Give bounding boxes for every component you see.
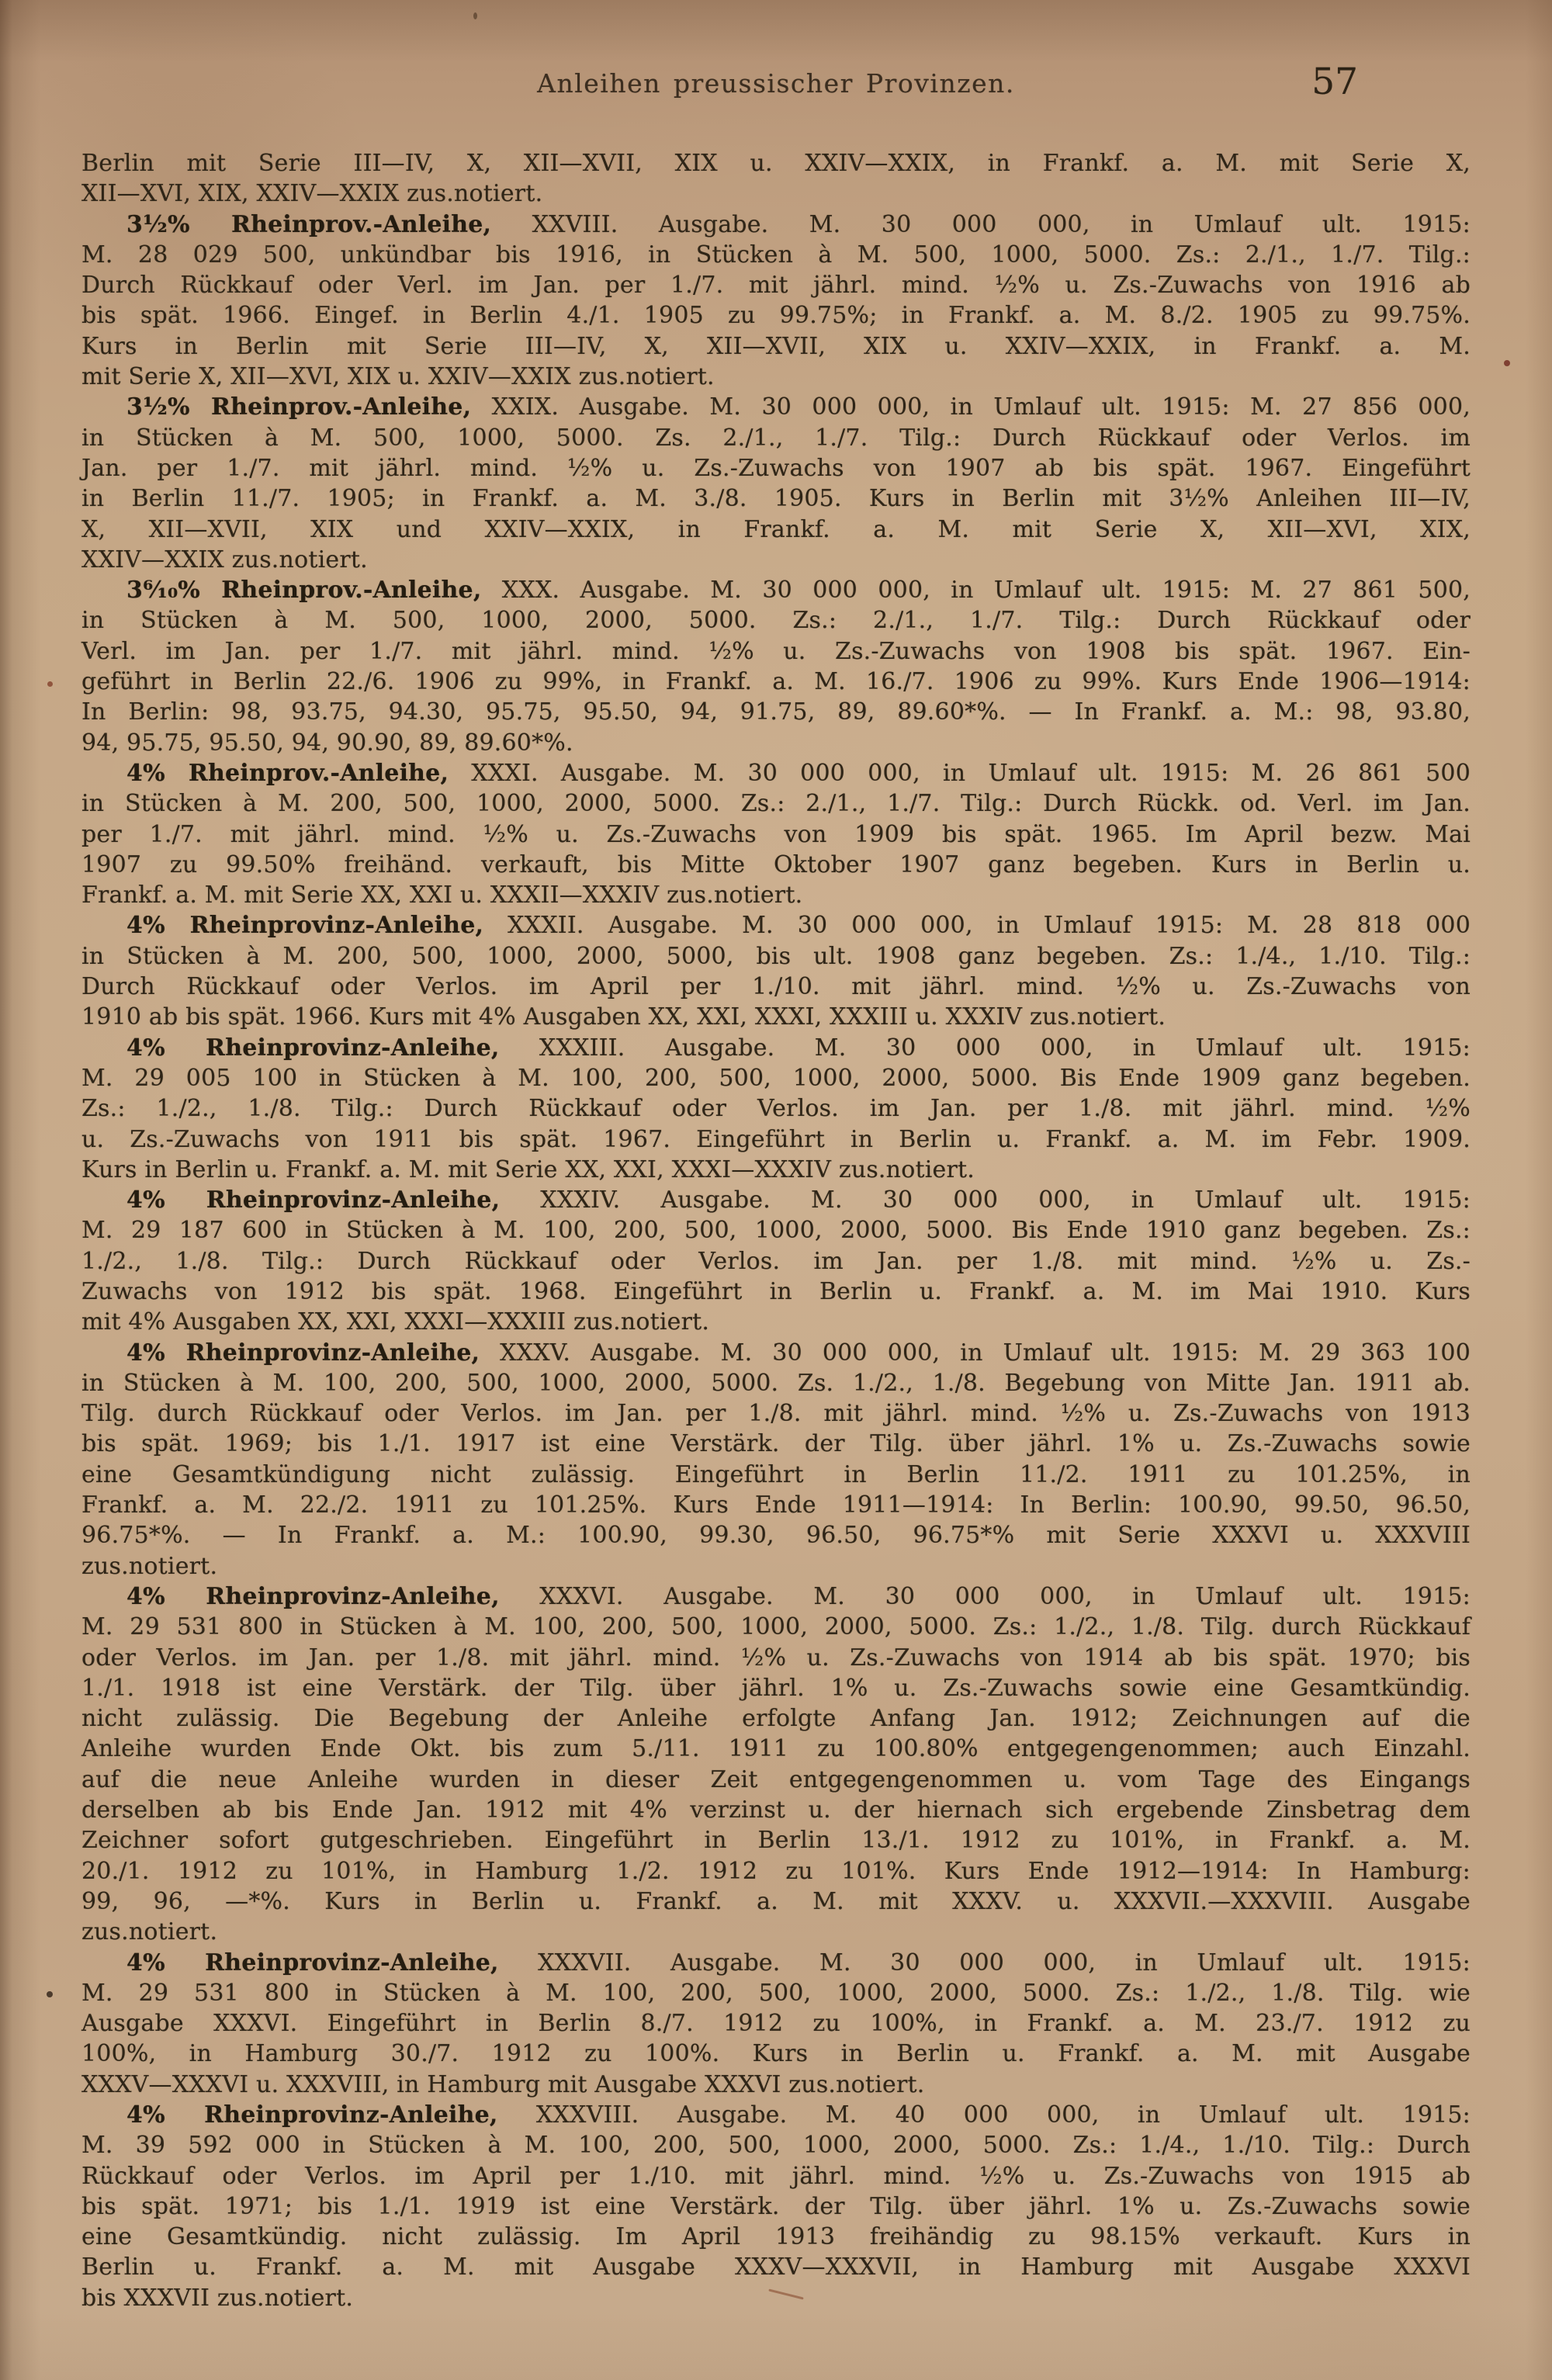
text-run: eine Gesamtkündig. nicht zulässig. Im Ap… bbox=[81, 2223, 1471, 2250]
text-run: XXXIV. Ausgabe. M. 30 000 000, in Umlauf… bbox=[500, 1187, 1471, 1214]
text-run: M. 28 029 500, unkündbar bis 1916, in St… bbox=[81, 241, 1471, 268]
text-line: 1./2., 1./8. Tilg.: Durch Rückkauf oder … bbox=[81, 1246, 1471, 1277]
text-run: oder Verlos. im Jan. per 1./8. mit jährl… bbox=[81, 1644, 1471, 1672]
text-line: X, XII—XVII, XIX und XXIV—XXIX, in Frank… bbox=[81, 514, 1471, 545]
bond-issue-heading: 4% Rheinprovinz-Anleihe, bbox=[126, 2101, 498, 2129]
paragraph-first-line: 4% Rheinprovinz-Anleihe, XXXVI. Ausgabe.… bbox=[81, 1581, 1471, 1612]
scanned-book-page: Anleihen preussischer Provinzen. 57 Berl… bbox=[0, 0, 1552, 2380]
text-run: XXXIII. Ausgabe. M. 30 000 000, in Umlau… bbox=[500, 1034, 1471, 1062]
text-line: Kurs in Berlin mit Serie III—IV, X, XII—… bbox=[81, 331, 1471, 362]
text-run: 99, 96, —*%. Kurs in Berlin u. Frankf. a… bbox=[81, 1888, 1471, 1915]
text-line: M. 29 531 800 in Stücken à M. 100, 200, … bbox=[81, 1612, 1471, 1642]
paragraph-first-line: 4% Rheinprovinz-Anleihe, XXXV. Ausgabe. … bbox=[81, 1338, 1471, 1368]
text-run: Berlin mit Serie III—IV, X, XII—XVII, XI… bbox=[81, 150, 1471, 177]
text-run: zus.notiert. bbox=[81, 1553, 217, 1580]
text-line: in Stücken à M. 100, 200, 500, 1000, 200… bbox=[81, 1368, 1471, 1398]
text-run: XXXV. Ausgabe. M. 30 000 000, in Umlauf … bbox=[480, 1339, 1471, 1367]
text-run: Zeichner sofort gutgeschrieben. Eingefüh… bbox=[81, 1827, 1471, 1854]
text-line: bis spät. 1971; bis 1./1. 1919 ist eine … bbox=[81, 2191, 1471, 2222]
text-run: in Stücken à M. 500, 1000, 2000, 5000. Z… bbox=[81, 607, 1471, 634]
text-line: XXXV—XXXVI u. XXXVIII, in Hamburg mit Au… bbox=[81, 2070, 1471, 2100]
text-line: Zeichner sofort gutgeschrieben. Eingefüh… bbox=[81, 1825, 1471, 1855]
text-line: 94, 95.75, 95.50, 94, 90.90, 89, 89.60*%… bbox=[81, 728, 1471, 758]
text-line: bis spät. 1966. Eingef. in Berlin 4./1. … bbox=[81, 300, 1471, 331]
text-run: M. 29 531 800 in Stücken à M. 100, 200, … bbox=[81, 1613, 1471, 1640]
text-run: bis spät. 1966. Eingef. in Berlin 4./1. … bbox=[81, 302, 1471, 329]
text-run: bis XXXVII zus.notiert. bbox=[81, 2285, 353, 2312]
text-line: in Stücken à M. 500, 1000, 5000. Zs. 2./… bbox=[81, 423, 1471, 453]
text-run: Kurs in Berlin u. Frankf. a. M. mit Seri… bbox=[81, 1156, 975, 1183]
bond-issue-heading: 4% Rheinprovinz-Anleihe, bbox=[126, 912, 483, 939]
text-run: XXIX. Ausgabe. M. 30 000 000, in Umlauf … bbox=[471, 393, 1471, 421]
text-line: Rückkauf oder Verlos. im April per 1./10… bbox=[81, 2161, 1471, 2191]
text-line: geführt in Berlin 22./6. 1906 zu 99%, in… bbox=[81, 667, 1471, 697]
text-run: in Stücken à M. 200, 500, 1000, 2000, 50… bbox=[81, 790, 1471, 817]
text-line: bis XXXVII zus.notiert. bbox=[81, 2283, 1471, 2313]
text-run: Tilg. durch Rückkauf oder Verlos. im Jan… bbox=[81, 1400, 1471, 1427]
text-line: Tilg. durch Rückkauf oder Verlos. im Jan… bbox=[81, 1398, 1471, 1429]
text-run: Zs.: 1./2., 1./8. Tilg.: Durch Rückkauf … bbox=[81, 1095, 1471, 1122]
text-run: nicht zulässig. Die Begebung der Anleihe… bbox=[81, 1705, 1471, 1732]
text-line: M. 29 005 100 in Stücken à M. 100, 200, … bbox=[81, 1063, 1471, 1093]
text-line: zus.notiert. bbox=[81, 1551, 1471, 1581]
text-line: eine Gesamtkündigung nicht zulässig. Ein… bbox=[81, 1460, 1471, 1490]
text-run: Durch Rückkauf oder Verlos. im April per… bbox=[81, 973, 1471, 1000]
text-line: Durch Rückkauf oder Verl. im Jan. per 1.… bbox=[81, 270, 1471, 300]
bond-issue-heading: 4% Rheinprovinz-Anleihe, bbox=[126, 1187, 500, 1214]
paragraph-first-line: 3¹⁄₂% Rheinprov.-Anleihe, XXVIII. Ausgab… bbox=[81, 210, 1471, 240]
text-line: M. 39 592 000 in Stücken à M. 100, 200, … bbox=[81, 2130, 1471, 2160]
paragraph-first-line: 4% Rheinprovinz-Anleihe, XXXII. Ausgabe.… bbox=[81, 910, 1471, 941]
text-line: in Stücken à M. 200, 500, 1000, 2000, 50… bbox=[81, 941, 1471, 972]
text-line: Kurs in Berlin u. Frankf. a. M. mit Seri… bbox=[81, 1155, 1471, 1185]
text-line: 1907 zu 99.50% freihänd. verkauft, bis M… bbox=[81, 850, 1471, 880]
text-line: auf die neue Anleihe wurden in dieser Ze… bbox=[81, 1765, 1471, 1795]
body-text-block: Berlin mit Serie III—IV, X, XII—XVII, XI… bbox=[81, 148, 1471, 2313]
text-run: XXXVII. Ausgabe. M. 30 000 000, in Umlau… bbox=[499, 1949, 1471, 1976]
text-line: Ausgabe XXXVI. Eingeführt in Berlin 8./7… bbox=[81, 2008, 1471, 2039]
text-run: XII—XVI, XIX, XXIV—XXIX zus.notiert. bbox=[81, 180, 542, 207]
text-run: eine Gesamtkündigung nicht zulässig. Ein… bbox=[81, 1461, 1471, 1488]
text-line: oder Verlos. im Jan. per 1./8. mit jährl… bbox=[81, 1643, 1471, 1673]
page-header: Anleihen preussischer Provinzen. 57 bbox=[81, 65, 1471, 120]
text-run: M. 29 187 600 in Stücken à M. 100, 200, … bbox=[81, 1217, 1471, 1244]
paragraph-first-line: 4% Rheinprovinz-Anleihe, XXXIV. Ausgabe.… bbox=[81, 1185, 1471, 1215]
text-line: bis spät. 1969; bis 1./1. 1917 ist eine … bbox=[81, 1429, 1471, 1459]
text-run: M. 29 005 100 in Stücken à M. 100, 200, … bbox=[81, 1065, 1471, 1092]
bond-issue-heading: 4% Rheinprovinz-Anleihe, bbox=[126, 1034, 500, 1062]
text-line: Zs.: 1./2., 1./8. Tilg.: Durch Rückkauf … bbox=[81, 1093, 1471, 1124]
paragraph-first-line: 3⁶⁄₁₀% Rheinprov.-Anleihe, XXX. Ausgabe.… bbox=[81, 575, 1471, 605]
text-run: XXVIII. Ausgabe. M. 30 000 000, in Umlau… bbox=[491, 211, 1471, 238]
foxing-speck bbox=[47, 1991, 53, 1997]
text-run: XXXII. Ausgabe. M. 30 000 000, in Umlauf… bbox=[483, 912, 1471, 939]
text-line: 1./1. 1918 ist eine Verstärk. der Tilg. … bbox=[81, 1673, 1471, 1703]
text-line: 99, 96, —*%. Kurs in Berlin u. Frankf. a… bbox=[81, 1886, 1471, 1917]
bond-issue-heading: 3¹⁄₂% Rheinprov.-Anleihe, bbox=[126, 393, 471, 421]
text-run: auf die neue Anleihe wurden in dieser Ze… bbox=[81, 1766, 1471, 1793]
text-run: Jan. per 1./7. mit jährl. mind. ¹⁄₂% u. … bbox=[81, 455, 1471, 482]
text-line: Frankf. a. M. 22./2. 1911 zu 101.25%. Ku… bbox=[81, 1490, 1471, 1520]
bond-issue-heading: 4% Rheinprovinz-Anleihe, bbox=[126, 1583, 500, 1610]
text-run: XXXVIII. Ausgabe. M. 40 000 000, in Umla… bbox=[498, 2101, 1471, 2129]
text-run: XXXI. Ausgabe. M. 30 000 000, in Umlauf … bbox=[449, 760, 1471, 787]
text-line: Zuwachs von 1912 bis spät. 1968. Eingefü… bbox=[81, 1277, 1471, 1307]
bond-issue-heading: 4% Rheinprovinz-Anleihe, bbox=[126, 1339, 480, 1367]
text-line: Durch Rückkauf oder Verlos. im April per… bbox=[81, 972, 1471, 1002]
text-line: 100%, in Hamburg 30./7. 1912 zu 100%. Ku… bbox=[81, 2039, 1471, 2069]
text-run: Durch Rückkauf oder Verl. im Jan. per 1.… bbox=[81, 272, 1471, 299]
text-line: in Berlin 11./7. 1905; in Frankf. a. M. … bbox=[81, 483, 1471, 514]
text-line: eine Gesamtkündig. nicht zulässig. Im Ap… bbox=[81, 2222, 1471, 2252]
text-line: in Stücken à M. 500, 1000, 2000, 5000. Z… bbox=[81, 605, 1471, 636]
text-run: Anleihe wurden Ende Okt. bis zum 5./11. … bbox=[81, 1735, 1471, 1762]
text-line: Jan. per 1./7. mit jährl. mind. ¹⁄₂% u. … bbox=[81, 453, 1471, 483]
paragraph-first-line: 4% Rheinprovinz-Anleihe, XXXIII. Ausgabe… bbox=[81, 1033, 1471, 1063]
paragraph-first-line: 4% Rheinprov.-Anleihe, XXXI. Ausgabe. M.… bbox=[81, 758, 1471, 788]
text-line: nicht zulässig. Die Begebung der Anleihe… bbox=[81, 1703, 1471, 1734]
text-line: XXIV—XXIX zus.notiert. bbox=[81, 545, 1471, 575]
text-run: geführt in Berlin 22./6. 1906 zu 99%, in… bbox=[81, 668, 1471, 695]
text-run: Frankf. a. M. 22./2. 1911 zu 101.25%. Ku… bbox=[81, 1491, 1471, 1519]
text-run: In Berlin: 98, 93.75, 94.30, 95.75, 95.5… bbox=[81, 698, 1471, 726]
text-run: in Stücken à M. 100, 200, 500, 1000, 200… bbox=[81, 1370, 1471, 1397]
text-line: 20./1. 1912 zu 101%, in Hamburg 1./2. 19… bbox=[81, 1856, 1471, 1886]
text-run: 100%, in Hamburg 30./7. 1912 zu 100%. Ku… bbox=[81, 2040, 1471, 2067]
text-run: M. 29 531 800 in Stücken à M. 100, 200, … bbox=[81, 1980, 1471, 2007]
text-run: XXXVI. Ausgabe. M. 30 000 000, in Umlauf… bbox=[500, 1583, 1471, 1610]
text-run: in Stücken à M. 500, 1000, 5000. Zs. 2./… bbox=[81, 424, 1471, 452]
text-line: mit Serie X, XII—XVI, XIX u. XXIV—XXIX z… bbox=[81, 362, 1471, 392]
text-run: 96.75*%. — In Frankf. a. M.: 100.90, 99.… bbox=[81, 1522, 1471, 1549]
text-line: derselben ab bis Ende Jan. 1912 mit 4% v… bbox=[81, 1795, 1471, 1825]
text-line: M. 29 187 600 in Stücken à M. 100, 200, … bbox=[81, 1215, 1471, 1245]
paragraph-first-line: 4% Rheinprovinz-Anleihe, XXXVIII. Ausgab… bbox=[81, 2100, 1471, 2130]
text-run: bis spät. 1971; bis 1./1. 1919 ist eine … bbox=[81, 2193, 1471, 2220]
text-run: Frankf. a. M. mit Serie XX, XXI u. XXXII… bbox=[81, 882, 802, 909]
paragraph-first-line: 4% Rheinprovinz-Anleihe, XXXVII. Ausgabe… bbox=[81, 1948, 1471, 1978]
text-run: zus.notiert. bbox=[81, 1918, 217, 1945]
paragraph-first-line: 3¹⁄₂% Rheinprov.-Anleihe, XXIX. Ausgabe.… bbox=[81, 392, 1471, 422]
text-line: per 1./7. mit jährl. mind. ¹⁄₂% u. Zs.-Z… bbox=[81, 819, 1471, 850]
foxing-speck bbox=[47, 681, 53, 687]
text-line: Anleihe wurden Ende Okt. bis zum 5./11. … bbox=[81, 1734, 1471, 1764]
text-run: 94, 95.75, 95.50, 94, 90.90, 89, 89.60*%… bbox=[81, 729, 573, 757]
text-run: bis spät. 1969; bis 1./1. 1917 ist eine … bbox=[81, 1430, 1471, 1457]
text-run: Ausgabe XXXVI. Eingeführt in Berlin 8./7… bbox=[81, 2010, 1471, 2037]
bond-issue-heading: 4% Rheinprov.-Anleihe, bbox=[126, 760, 449, 787]
text-run: X, XII—XVII, XIX und XXIV—XXIX, in Frank… bbox=[81, 516, 1471, 543]
text-run: derselben ab bis Ende Jan. 1912 mit 4% v… bbox=[81, 1796, 1471, 1824]
running-title: Anleihen preussischer Provinzen. bbox=[81, 65, 1471, 102]
text-run: mit Serie X, XII—XVI, XIX u. XXIV—XXIX z… bbox=[81, 363, 715, 390]
text-run: Verl. im Jan. per 1./7. mit jährl. mind.… bbox=[81, 638, 1471, 665]
text-run: Zuwachs von 1912 bis spät. 1968. Eingefü… bbox=[81, 1278, 1471, 1305]
text-run: XXX. Ausgabe. M. 30 000 000, in Umlauf u… bbox=[481, 577, 1471, 604]
text-run: 1910 ab bis spät. 1966. Kurs mit 4% Ausg… bbox=[81, 1003, 1166, 1031]
text-line: Berlin u. Frankf. a. M. mit Ausgabe XXXV… bbox=[81, 2252, 1471, 2282]
text-line: M. 29 531 800 in Stücken à M. 100, 200, … bbox=[81, 1978, 1471, 2008]
text-line: M. 28 029 500, unkündbar bis 1916, in St… bbox=[81, 240, 1471, 270]
text-run: Rückkauf oder Verlos. im April per 1./10… bbox=[81, 2163, 1471, 2190]
page-number: 57 bbox=[1311, 61, 1358, 103]
text-line: In Berlin: 98, 93.75, 94.30, 95.75, 95.5… bbox=[81, 697, 1471, 727]
bond-issue-heading: 4% Rheinprovinz-Anleihe, bbox=[126, 1949, 499, 1976]
text-run: M. 39 592 000 in Stücken à M. 100, 200, … bbox=[81, 2132, 1471, 2159]
text-run: in Berlin 11./7. 1905; in Frankf. a. M. … bbox=[81, 485, 1471, 512]
text-line: XII—XVI, XIX, XXIV—XXIX zus.notiert. bbox=[81, 178, 1471, 209]
text-run: Kurs in Berlin mit Serie III—IV, X, XII—… bbox=[81, 333, 1471, 360]
text-line: u. Zs.-Zuwachs von 1911 bis spät. 1967. … bbox=[81, 1124, 1471, 1155]
text-run: in Stücken à M. 200, 500, 1000, 2000, 50… bbox=[81, 943, 1471, 970]
bond-issue-heading: 3⁶⁄₁₀% Rheinprov.-Anleihe, bbox=[126, 577, 481, 604]
text-line: 1910 ab bis spät. 1966. Kurs mit 4% Ausg… bbox=[81, 1002, 1471, 1032]
text-line: in Stücken à M. 200, 500, 1000, 2000, 50… bbox=[81, 788, 1471, 819]
foxing-speck bbox=[473, 12, 477, 19]
text-line: Verl. im Jan. per 1./7. mit jährl. mind.… bbox=[81, 636, 1471, 667]
text-run: per 1./7. mit jährl. mind. ¹⁄₂% u. Zs.-Z… bbox=[81, 821, 1471, 848]
text-run: 1./2., 1./8. Tilg.: Durch Rückkauf oder … bbox=[81, 1248, 1471, 1275]
text-line: Berlin mit Serie III—IV, X, XII—XVII, XI… bbox=[81, 148, 1471, 178]
text-run: 1907 zu 99.50% freihänd. verkauft, bis M… bbox=[81, 851, 1471, 878]
text-line: mit 4% Ausgaben XX, XXI, XXXI—XXXIII zus… bbox=[81, 1307, 1471, 1337]
text-run: XXXV—XXXVI u. XXXVIII, in Hamburg mit Au… bbox=[81, 2071, 924, 2098]
text-line: Frankf. a. M. mit Serie XX, XXI u. XXXII… bbox=[81, 880, 1471, 910]
text-run: 20./1. 1912 zu 101%, in Hamburg 1./2. 19… bbox=[81, 1858, 1471, 1885]
text-line: 96.75*%. — In Frankf. a. M.: 100.90, 99.… bbox=[81, 1520, 1471, 1550]
bond-issue-heading: 3¹⁄₂% Rheinprov.-Anleihe, bbox=[126, 211, 491, 238]
foxing-speck bbox=[1504, 360, 1510, 366]
text-line: zus.notiert. bbox=[81, 1917, 1471, 1947]
text-run: XXIV—XXIX zus.notiert. bbox=[81, 546, 368, 573]
text-run: mit 4% Ausgaben XX, XXI, XXXI—XXXIII zus… bbox=[81, 1308, 709, 1336]
text-run: u. Zs.-Zuwachs von 1911 bis spät. 1967. … bbox=[81, 1126, 1471, 1153]
text-run: Berlin u. Frankf. a. M. mit Ausgabe XXXV… bbox=[81, 2254, 1471, 2281]
text-run: 1./1. 1918 ist eine Verstärk. der Tilg. … bbox=[81, 1675, 1471, 1702]
